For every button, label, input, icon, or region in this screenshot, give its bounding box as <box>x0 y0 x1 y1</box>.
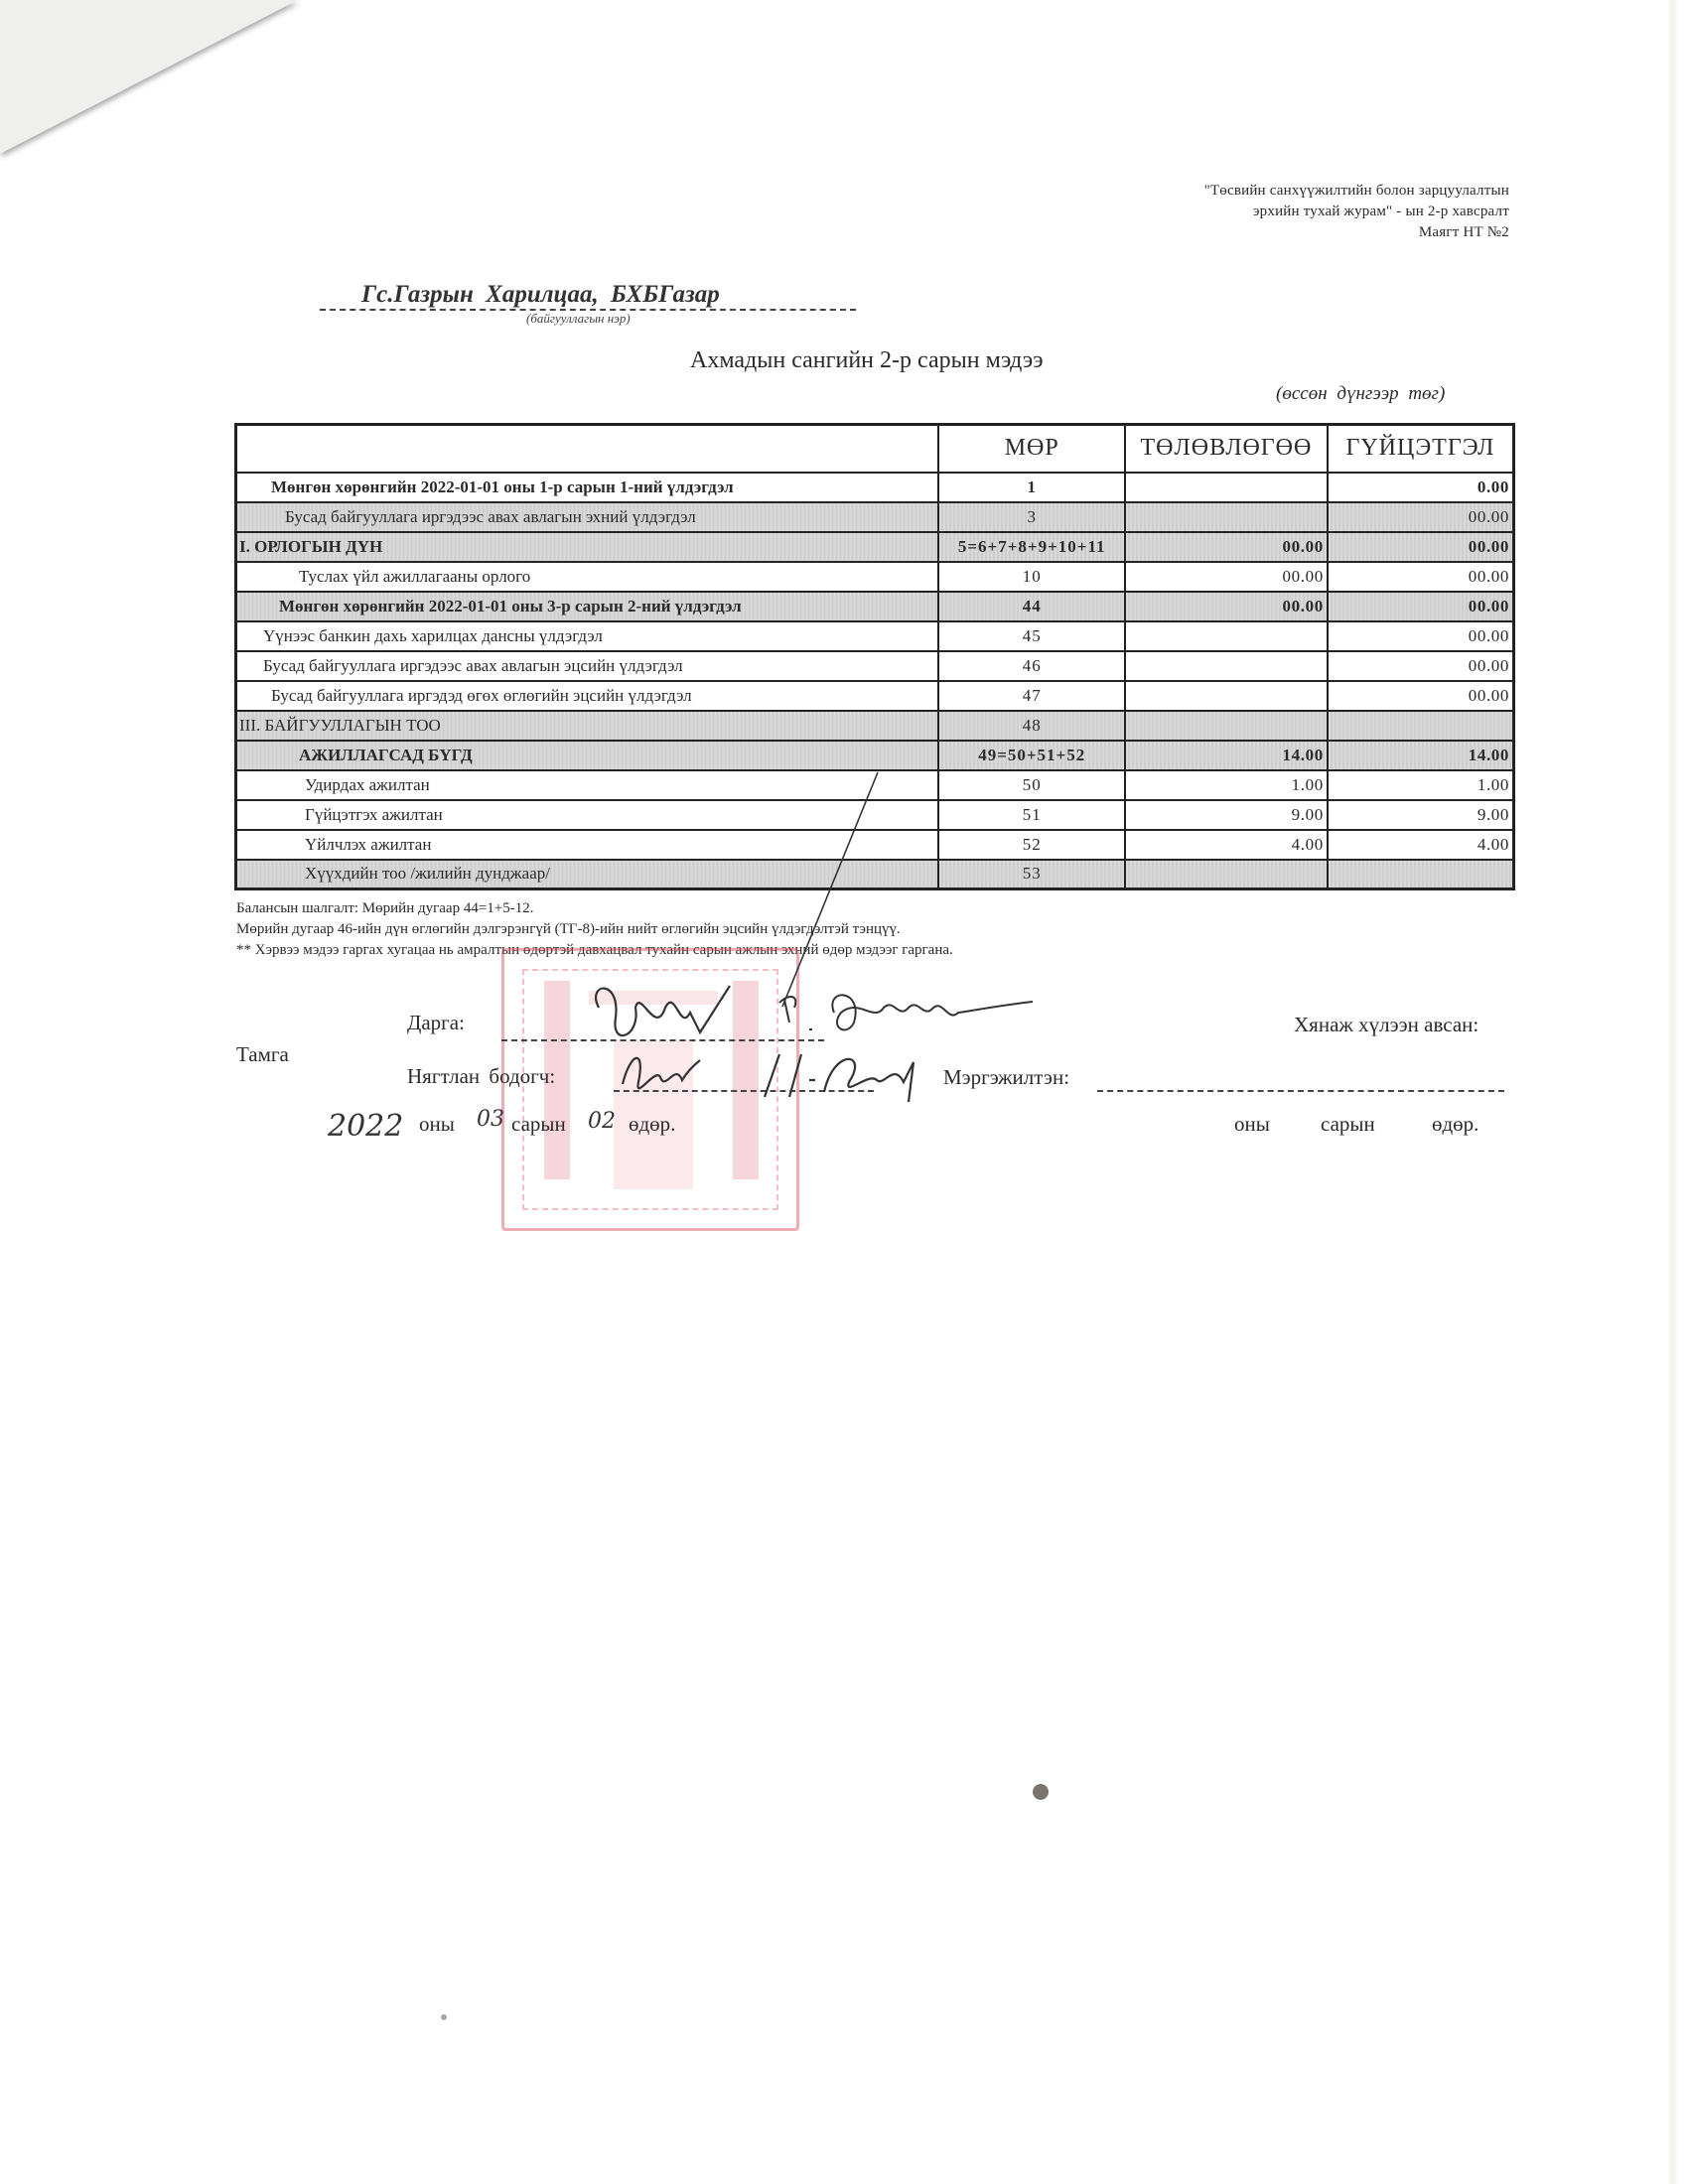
column-header-actual: ГҮЙЦЭТГЭЛ <box>1328 425 1514 473</box>
row-number: 50 <box>938 770 1125 800</box>
table-row: Үүнээс банкин дахь харилцах дансны үлдэг… <box>236 621 1514 651</box>
actual-value <box>1328 711 1514 741</box>
date-day-suffix: өдөр. <box>629 1112 675 1137</box>
plan-value <box>1125 651 1328 681</box>
row-number: 1 <box>938 473 1125 502</box>
date-month-suffix: сарын <box>511 1112 566 1137</box>
specialist-label: Мэргэжилтэн: <box>943 1065 1069 1090</box>
organization-block: Гс.Газрын Харилцаа, БХБГазар (байгууллаг… <box>320 281 856 326</box>
scan-edge <box>1668 0 1678 2184</box>
row-label: III. БАЙГУУЛЛАГЫН ТОО <box>236 711 939 741</box>
plan-value <box>1125 681 1328 711</box>
annex-line: "Төсвийн санхүүжилтийн болон зарцуулалты… <box>993 181 1509 202</box>
row-number: 52 <box>938 830 1125 860</box>
organization-caption: (байгууллагын нэр) <box>320 312 856 326</box>
row-number: 49=50+51+52 <box>938 741 1125 770</box>
table-row: Мөнгөн хөрөнгийн 2022-01-01 оны 3-р сары… <box>236 592 1514 621</box>
row-number: 10 <box>938 562 1125 592</box>
table-row: Мөнгөн хөрөнгийн 2022-01-01 оны 1-р сары… <box>236 473 1514 502</box>
handwritten-day: 02 <box>588 1100 633 1140</box>
table-row: Бусад байгууллага иргэдээс авах авлагын … <box>236 502 1514 532</box>
plan-value <box>1125 502 1328 532</box>
actual-value: 00.00 <box>1328 621 1514 651</box>
received-date-year-suffix: оны <box>1234 1112 1270 1137</box>
plan-value <box>1125 860 1328 889</box>
annex-line: эрхийн тухай журам" - ын 2-р хавсралт <box>993 202 1509 222</box>
svg-text:02: 02 <box>588 1109 616 1134</box>
table-row: III. БАЙГУУЛЛАГЫН ТОО48 <box>236 711 1514 741</box>
unit-note: (өссөн дүнгээр төг) <box>1276 383 1445 405</box>
column-header-row: МӨР <box>938 425 1125 473</box>
svg-text:03: 03 <box>477 1107 504 1132</box>
received-label: Хянаж хүлээн авсан: <box>1294 1013 1478 1037</box>
pen-stroke <box>774 764 884 1013</box>
actual-value: 4.00 <box>1328 830 1514 860</box>
row-label: Бусад байгууллага иргэдээс авах авлагын … <box>236 502 939 532</box>
table-header: МӨР ТӨЛӨВЛӨГӨӨ ГҮЙЦЭТГЭЛ <box>236 425 1514 473</box>
table-row: Бусад байгууллага иргэдээс авах авлагын … <box>236 651 1514 681</box>
actual-value: 0.00 <box>1328 473 1514 502</box>
scan-speck <box>1033 1784 1049 1800</box>
actual-value: 00.00 <box>1328 502 1514 532</box>
report-title: Ахмадын сангийн 2-р сарын мэдээ <box>690 347 1044 374</box>
director-label: Дарга: <box>407 1011 465 1035</box>
accountant-label: Нягтлан бодогч: <box>407 1064 555 1089</box>
actual-value <box>1328 860 1514 889</box>
plan-value: 00.00 <box>1125 562 1328 592</box>
row-number: 46 <box>938 651 1125 681</box>
actual-value: 00.00 <box>1328 562 1514 592</box>
plan-value <box>1125 711 1328 741</box>
received-date-day-suffix: өдөр. <box>1432 1112 1478 1137</box>
row-label: I. ОРЛОГЫН ДҮН <box>236 532 939 562</box>
actual-value: 00.00 <box>1328 532 1514 562</box>
column-header-name <box>236 425 939 473</box>
row-number: 48 <box>938 711 1125 741</box>
actual-value: 00.00 <box>1328 592 1514 621</box>
row-number: 51 <box>938 800 1125 830</box>
accountant-signature <box>611 1042 938 1112</box>
actual-value: 9.00 <box>1328 800 1514 830</box>
specialist-signature-line <box>1097 1090 1504 1092</box>
row-number: 45 <box>938 621 1125 651</box>
row-label: Мөнгөн хөрөнгийн 2022-01-01 оны 3-р сары… <box>236 592 939 621</box>
row-number: 3 <box>938 502 1125 532</box>
handwritten-month: 03 <box>477 1100 516 1140</box>
table-row: I. ОРЛОГЫН ДҮН5=6+7+8+9+10+1100.0000.00 <box>236 532 1514 562</box>
actual-value: 1.00 <box>1328 770 1514 800</box>
row-label: Үүнээс банкин дахь харилцах дансны үлдэг… <box>236 621 939 651</box>
form-code: Маягт НТ №2 <box>993 222 1509 243</box>
actual-value: 14.00 <box>1328 741 1514 770</box>
row-label: Бусад байгууллага иргэдэд өгөх өглөгийн … <box>236 681 939 711</box>
actual-value: 00.00 <box>1328 681 1514 711</box>
row-label: Бусад байгууллага иргэдээс авах авлагын … <box>236 651 939 681</box>
scan-speck <box>441 2014 447 2020</box>
table-row: Туслах үйл ажиллагааны орлого1000.0000.0… <box>236 562 1514 592</box>
row-number: 53 <box>938 860 1125 889</box>
plan-value <box>1125 621 1328 651</box>
annex-reference: "Төсвийн санхүүжилтийн болон зарцуулалты… <box>993 181 1509 243</box>
plan-value: 9.00 <box>1125 800 1328 830</box>
plan-value <box>1125 473 1328 502</box>
actual-value: 00.00 <box>1328 651 1514 681</box>
received-date-month-suffix: сарын <box>1321 1112 1375 1137</box>
svg-text:2022: 2022 <box>327 1109 403 1144</box>
date-year-suffix: оны <box>419 1112 455 1137</box>
column-header-plan: ТӨЛӨВЛӨГӨӨ <box>1125 425 1328 473</box>
table-row: Бусад байгууллага иргэдэд өгөх өглөгийн … <box>236 681 1514 711</box>
plan-value: 1.00 <box>1125 770 1328 800</box>
row-number: 44 <box>938 592 1125 621</box>
organization-name: Гс.Газрын Харилцаа, БХБГазар <box>320 281 856 311</box>
plan-value: 4.00 <box>1125 830 1328 860</box>
row-number: 47 <box>938 681 1125 711</box>
plan-value: 14.00 <box>1125 741 1328 770</box>
plan-value: 00.00 <box>1125 592 1328 621</box>
row-number: 5=6+7+8+9+10+11 <box>938 532 1125 562</box>
plan-value: 00.00 <box>1125 532 1328 562</box>
row-label: Туслах үйл ажиллагааны орлого <box>236 562 939 592</box>
folded-page-corner <box>0 0 298 154</box>
stamp-label: Тамга <box>236 1042 289 1067</box>
row-label: Мөнгөн хөрөнгийн 2022-01-01 оны 1-р сары… <box>236 473 939 502</box>
handwritten-year: 2022 <box>326 1100 425 1150</box>
